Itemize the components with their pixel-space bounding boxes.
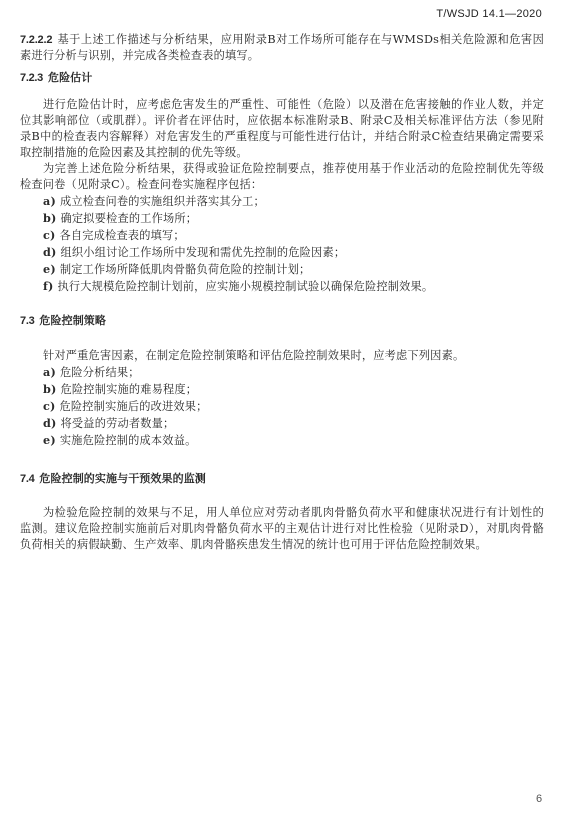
section-heading-7-3: 7.3危险控制策略 [20,313,544,329]
list-item: a)成立检查问卷的实施组织并落实其分工； [43,193,544,210]
list-marker: c) [43,228,56,242]
page-number: 6 [536,793,542,805]
paragraph: 针对严重危害因素，在制定危险控制策略和评估危险控制效果时，应考虑下列因素。 [20,348,544,364]
list-item: c)危险控制实施后的改进效果； [43,398,544,415]
list-marker: a) [43,365,56,379]
list-marker: b) [43,211,57,225]
list-marker: e) [43,433,56,447]
list-item-text: 实施危险控制的成本效益。 [60,434,197,447]
section-title: 危险估计 [48,72,92,84]
list-item: e)实施危险控制的成本效益。 [43,432,544,449]
standard-number-header: T/WSJD 14.1—2020 [436,8,542,20]
clause-text: 基于上述工作描述与分析结果，应用附录B对工作场所可能存在与WMSDs相关危险源和… [20,33,544,62]
section-number: 7.3 [20,315,34,327]
list-marker: d) [43,416,57,430]
list-item-text: 制定工作场所降低肌肉骨骼负荷危险的控制计划； [60,263,311,276]
list-marker: a) [43,194,56,208]
list-item: b)危险控制实施的难易程度； [43,381,544,398]
document-body: 7.2.2.2基于上述工作描述与分析结果，应用附录B对工作场所可能存在与WMSD… [20,32,544,553]
list-marker: f) [43,279,54,293]
section-title: 危险控制策略 [39,315,106,327]
clause-7-2-2-2: 7.2.2.2基于上述工作描述与分析结果，应用附录B对工作场所可能存在与WMSD… [20,32,544,64]
list-marker: c) [43,399,56,413]
list-item: b)确定拟要检查的工作场所； [43,210,544,227]
list-marker: d) [43,245,57,259]
paragraph: 为检验危险控制的效果与不足，用人单位应对劳动者肌肉骨骼负荷水平和健康状况进行有计… [20,505,544,553]
list-item: e)制定工作场所降低肌肉骨骼负荷危险的控制计划； [43,261,544,278]
list-item-text: 危险控制实施的难易程度； [61,383,198,396]
list-item-text: 危险分析结果； [60,366,140,379]
list-marker: e) [43,262,56,276]
list-item: f)执行大规模危险控制计划前，应实施小规模控制试验以确保危险控制效果。 [43,278,544,295]
list-item: a)危险分析结果； [43,364,544,381]
list-marker: b) [43,382,57,396]
list-item-text: 确定拟要检查的工作场所； [61,212,198,225]
list-item-text: 将受益的劳动者数量； [61,417,175,430]
paragraph: 进行危险估计时，应考虑危害发生的严重性、可能性（危险）以及潜在危害接触的作业人数… [20,97,544,161]
clause-number: 7.2.2.2 [20,34,52,46]
section-number: 7.4 [20,473,34,485]
section-heading-7-2-3: 7.2.3危险估计 [20,70,544,86]
list-item-text: 组织小组讨论工作场所中发现和需优先控制的危险因素； [61,246,346,259]
list-item: c)各自完成检查表的填写； [43,227,544,244]
paragraph: 为完善上述危险分析结果，获得或验证危险控制要点，推荐使用基于作业活动的危险控制优… [20,161,544,193]
procedure-list: a)成立检查问卷的实施组织并落实其分工； b)确定拟要检查的工作场所； c)各自… [20,193,544,295]
list-item-text: 成立检查问卷的实施组织并落实其分工； [60,195,265,208]
factor-list: a)危险分析结果； b)危险控制实施的难易程度； c)危险控制实施后的改进效果；… [20,364,544,449]
list-item: d)将受益的劳动者数量； [43,415,544,432]
section-title: 危险控制的实施与干预效果的监测 [39,473,206,485]
section-heading-7-4: 7.4危险控制的实施与干预效果的监测 [20,471,544,487]
list-item-text: 危险控制实施后的改进效果； [60,400,208,413]
list-item-text: 各自完成检查表的填写； [60,229,185,242]
section-number: 7.2.3 [20,72,43,84]
list-item-text: 执行大规模危险控制计划前，应实施小规模控制试验以确保危险控制效果。 [58,280,434,293]
list-item: d)组织小组讨论工作场所中发现和需优先控制的危险因素； [43,244,544,261]
